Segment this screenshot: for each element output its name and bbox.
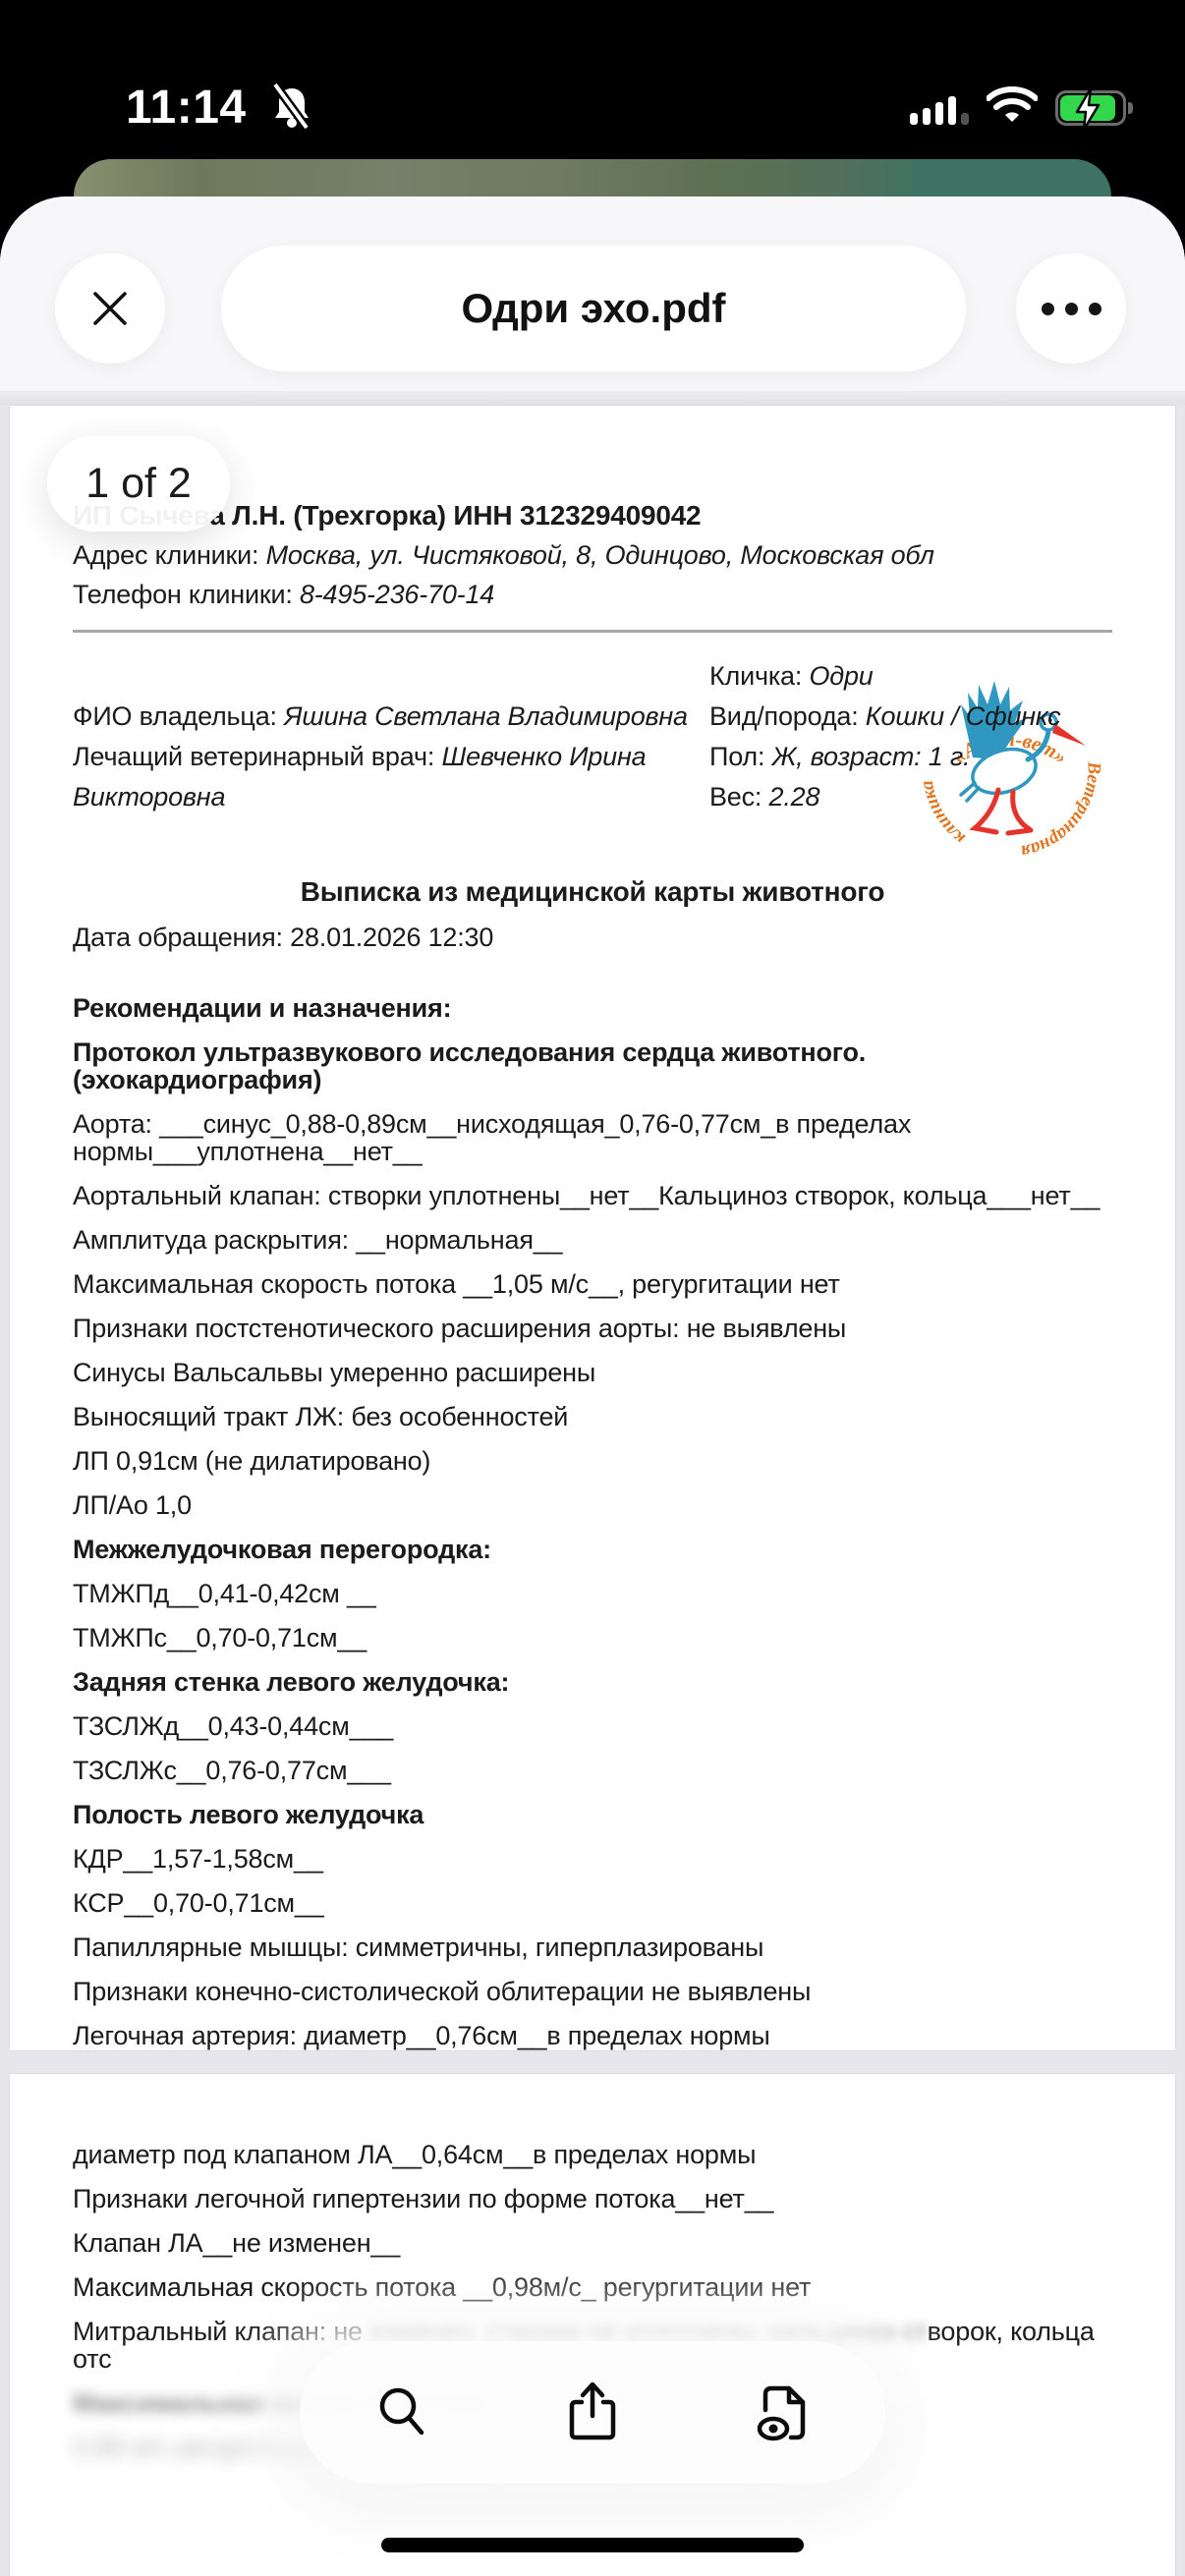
document-title: Выписка из медицинской карты животного (73, 876, 1112, 908)
protocol-paragraphs: Рекомендации и назначения:Протокол ультр… (73, 994, 1112, 2049)
doc-line: Выносящий тракт ЛЖ: без особенностей (73, 1403, 1112, 1430)
doc-line: ЛП/Ао 1,0 (73, 1491, 1112, 1519)
pet-info-line: Пол: Ж, возраст: 1 г. (709, 737, 1060, 777)
doc-line: ТМЖПс__0,70-0,71см__ (73, 1624, 1112, 1652)
doc-line: Рекомендации и назначения: (73, 994, 1112, 1022)
clinic-phone: Телефон клиники: 8-495-236-70-14 (73, 575, 1112, 614)
share-icon (562, 2380, 623, 2445)
file-title-pill[interactable]: Одри эхо.pdf (221, 246, 966, 371)
doc-line: Максимальная скорость потока __0,98м/с_ … (73, 2273, 1112, 2301)
clinic-name: ИП Сычева Л.Н. (Трехгорка) ИНН 312329409… (73, 496, 1112, 535)
home-indicator[interactable] (381, 2538, 804, 2552)
owner-info-line: Лечащий ветеринарный врач: Шевченко Ирин… (73, 737, 702, 817)
doc-line: Аорта: ___синус_0,88-0,89см__нисходящая_… (73, 1110, 1112, 1165)
owner-pet-info: Кличка: ОдриВид/порода: Кошки / СфинксПо… (73, 656, 1112, 825)
header-divider (0, 391, 1185, 405)
doc-line: Протокол ультразвукового исследования се… (73, 1038, 1112, 1093)
ellipsis-icon (1042, 303, 1101, 315)
pet-info-line: Вид/порода: Кошки / Сфинкс (709, 697, 1060, 737)
doc-line: КДР__1,57-1,58см__ (73, 1845, 1112, 1873)
doc-line: Легочная артерия: диаметр__0,76см__в пре… (73, 2022, 1112, 2049)
pdf-page-2[interactable]: диаметр под клапаном ЛА__0,64см__в преде… (9, 2073, 1176, 2576)
document-preview-button[interactable] (748, 2379, 817, 2447)
pdf-viewer-sheet: ИП Сычева Л.Н. (Трехгорка) ИНН 312329409… (0, 196, 1185, 2576)
pet-info-line: Вес: 2.28 (709, 777, 1060, 817)
close-button[interactable] (55, 253, 165, 364)
file-title: Одри эхо.pdf (461, 285, 725, 332)
doc-line: Признаки конечно-систолической облитерац… (73, 1978, 1112, 2005)
battery-charging-icon (1055, 90, 1126, 126)
more-options-button[interactable] (1016, 253, 1126, 364)
document-eye-icon (752, 2380, 813, 2445)
doc-line: Полость левого желудочка (73, 1801, 1112, 1828)
doc-line: Клапан ЛА__не изменен__ (73, 2229, 1112, 2257)
divider (73, 630, 1112, 633)
doc-line: Папиллярные мышцы: симметричны, гиперпла… (73, 1933, 1112, 1961)
doc-line: Задняя стенка левого желудочка: (73, 1668, 1112, 1696)
search-button[interactable] (368, 2379, 437, 2447)
doc-line: Синусы Вальсальвы умеренно расширены (73, 1359, 1112, 1386)
status-bar: 11:14 (0, 0, 1185, 159)
pdf-page-1[interactable]: ИП Сычева Л.Н. (Трехгорка) ИНН 312329409… (9, 405, 1176, 2051)
page-indicator-badge: 1 of 2 (47, 435, 230, 532)
bell-slash-icon (267, 83, 312, 135)
doc-line: ТЗСЛЖс__0,76-0,77см___ (73, 1757, 1112, 1784)
doc-line: КСР__0,70-0,71см__ (73, 1889, 1112, 1917)
status-time: 11:14 (126, 81, 247, 135)
pet-info-column: Кличка: ОдриВид/порода: Кошки / СфинксПо… (709, 656, 1060, 817)
doc-line: ЛП 0,91см (не дилатировано) (73, 1447, 1112, 1475)
doc-line: ТМЖПд__0,41-0,42см __ (73, 1580, 1112, 1607)
wifi-icon (987, 86, 1038, 129)
doc-line: Амплитуда раскрытия: __нормальная__ (73, 1226, 1112, 1254)
visit-date: Дата обращения: 28.01.2026 12:30 (73, 920, 1112, 955)
bottom-toolbar (300, 2341, 885, 2484)
search-icon (372, 2382, 433, 2443)
owner-info-line: ФИО владельца: Яшина Светлана Владимиров… (73, 697, 702, 737)
cellular-signal-icon (910, 91, 969, 125)
doc-line: ТЗСЛЖд__0,43-0,44см___ (73, 1712, 1112, 1740)
close-icon (87, 286, 133, 331)
doc-line: Признаки постстенотического расширения а… (73, 1315, 1112, 1342)
clinic-address: Адрес клиники: Москва, ул. Чистяковой, 8… (73, 535, 1112, 575)
share-button[interactable] (558, 2379, 627, 2447)
doc-line: Аортальный клапан: створки уплотнены__не… (73, 1182, 1112, 1209)
doc-line: Максимальная скорость потока __1,05 м/с_… (73, 1270, 1112, 1298)
owner-info-column: ФИО владельца: Яшина Светлана Владимиров… (73, 656, 702, 817)
page2-lines: диаметр под клапаном ЛА__0,64см__в преде… (73, 2141, 1112, 2301)
doc-line: диаметр под клапаном ЛА__0,64см__в преде… (73, 2141, 1112, 2168)
doc-line: Признаки легочной гипертензии по форме п… (73, 2185, 1112, 2212)
pet-info-line: Кличка: Одри (709, 656, 1060, 697)
doc-line: Межжелудочковая перегородка: (73, 1536, 1112, 1563)
